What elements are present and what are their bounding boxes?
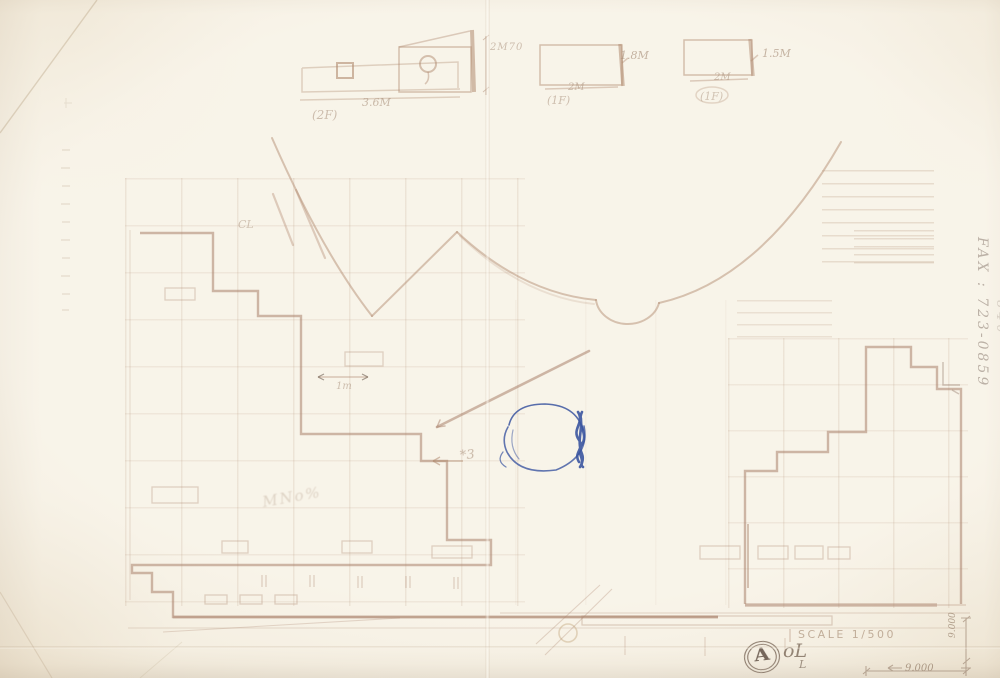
dim-1m-arrow xyxy=(318,374,368,380)
bottom-width-dim-label: 9.000 xyxy=(905,663,934,674)
plan-arc-profile xyxy=(272,138,841,324)
right-height-dim-label: 9.000 xyxy=(948,612,958,638)
pencil-linework xyxy=(0,0,1000,678)
left-margin-stamp xyxy=(61,98,72,310)
edge-fragment-handwriting: 840 xyxy=(993,300,1000,337)
elevation-sketch-2 xyxy=(399,30,474,92)
blue-pen-circle xyxy=(500,404,585,471)
sketch3-width-dim: 2M xyxy=(714,72,731,83)
fax-number-handwriting: FAX : 723-0859 xyxy=(974,237,990,388)
left-plan-outline xyxy=(130,230,718,617)
sketch1-width-dim: 3.6M xyxy=(362,96,391,109)
paper-crease-vertical xyxy=(485,0,490,678)
paper-crease-bottom xyxy=(0,646,1000,649)
sketch3-height-dim: 1.5M xyxy=(762,47,791,60)
star-note: *3 xyxy=(459,447,475,463)
sketch2-height-dim: 1.8M xyxy=(620,49,649,62)
sketch2-floor-label: (1F) xyxy=(547,94,570,107)
dim-1m-label: 1m xyxy=(336,381,352,392)
sketch3-floor-label: (1F) xyxy=(700,90,723,103)
top-height-dim-label: 2M70 xyxy=(490,42,523,53)
sheet-note-sub: L xyxy=(799,658,806,671)
fold-creases xyxy=(0,0,182,678)
sketch2-width-dim: 2M xyxy=(568,82,585,93)
scanned-drawing-sheet: (2F) 3.6M 2M70 2M (1F) 1.8M 2M (1F) 1.5M… xyxy=(0,0,1000,678)
scale-label: SCALE 1/500 xyxy=(798,628,896,641)
right-plan-outline xyxy=(745,347,966,605)
sketch1-floor-label: (2F) xyxy=(312,108,337,122)
centerline-label: CL xyxy=(238,218,254,231)
